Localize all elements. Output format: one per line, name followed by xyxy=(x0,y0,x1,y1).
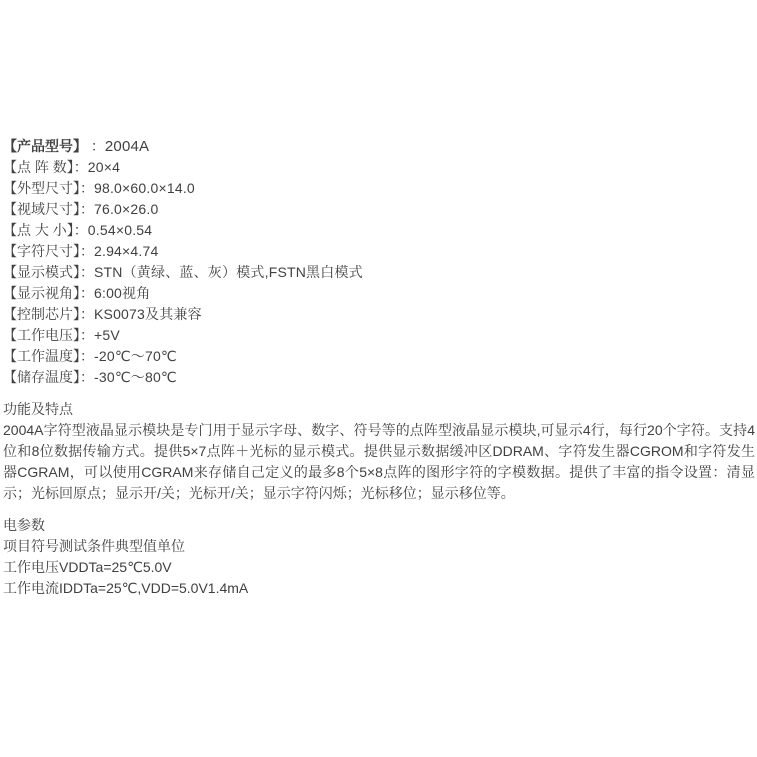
spec-label: 【点 阵 数】 xyxy=(3,159,74,175)
spec-label: 【显示模式】 xyxy=(3,264,80,280)
spec-separator: ： xyxy=(80,327,94,343)
spec-list: 【产品型号】 ：2004A 【点 阵 数】：20×4 【外型尺寸】：98.0×6… xyxy=(3,136,755,388)
spec-value: +5V xyxy=(94,327,120,343)
spec-label: 【点 大 小】 xyxy=(3,222,74,238)
spec-row-controller-chip: 【控制芯片】：KS0073及其兼容 xyxy=(3,304,755,325)
spec-value: 2.94×4.74 xyxy=(94,243,158,259)
spec-label: 【显示视角】 xyxy=(3,285,80,301)
spec-value: -20℃～70℃ xyxy=(94,348,177,364)
spec-separator: ： xyxy=(74,159,88,175)
spec-row-char-size: 【字符尺寸】：2.94×4.74 xyxy=(3,241,755,262)
spec-row-storage-temperature: 【储存温度】：-30℃～80℃ xyxy=(3,367,755,388)
electrical-voltage-line: 工作电压VDDTa=25℃5.0V xyxy=(3,557,755,578)
features-title: 功能及特点 xyxy=(3,399,755,420)
electrical-header-line: 项目符号测试条件典型值单位 xyxy=(3,536,755,557)
spec-row-view-angle: 【显示视角】：6:00视角 xyxy=(3,283,755,304)
spec-label: 【视域尺寸】 xyxy=(3,201,80,217)
spec-label: 【工作温度】 xyxy=(3,348,80,364)
spec-row-working-voltage: 【工作电压】：+5V xyxy=(3,325,755,346)
spec-separator: ： xyxy=(80,285,94,301)
spec-label: 【字符尺寸】 xyxy=(3,243,80,259)
features-section: 功能及特点 2004A字符型液晶显示模块是专门用于显示字母、数字、符号等的点阵型… xyxy=(3,399,755,504)
electrical-section: 电参数 项目符号测试条件典型值单位 工作电压VDDTa=25℃5.0V 工作电流… xyxy=(3,515,755,599)
spec-row-dot-size: 【点 大 小】：0.54×0.54 xyxy=(3,220,755,241)
spec-value: 98.0×60.0×14.0 xyxy=(94,180,195,196)
spec-row-dot-matrix: 【点 阵 数】：20×4 xyxy=(3,157,755,178)
spec-separator: ： xyxy=(80,180,94,196)
spec-separator: ： xyxy=(80,243,94,259)
spec-separator: ： xyxy=(80,306,94,322)
spec-label: 【控制芯片】 xyxy=(3,306,80,322)
spec-value: 76.0×26.0 xyxy=(94,201,158,217)
spec-label: 【外型尺寸】 xyxy=(3,180,80,196)
product-spec-page: 【产品型号】 ：2004A 【点 阵 数】：20×4 【外型尺寸】：98.0×6… xyxy=(0,0,757,757)
spec-label: 【产品型号】 xyxy=(3,138,87,154)
spec-row-view-area: 【视域尺寸】：76.0×26.0 xyxy=(3,199,755,220)
spec-row-product-model: 【产品型号】 ：2004A xyxy=(3,136,755,157)
spec-row-display-mode: 【显示模式】：STN（黄绿、蓝、灰）模式,FSTN黑白模式 xyxy=(3,262,755,283)
spec-label: 【工作电压】 xyxy=(3,327,80,343)
spec-value: -30℃～80℃ xyxy=(94,369,177,385)
spec-value: 0.54×0.54 xyxy=(88,222,152,238)
spec-separator: ： xyxy=(87,138,105,154)
electrical-title: 电参数 xyxy=(3,515,755,536)
spec-row-working-temperature: 【工作温度】：-20℃～70℃ xyxy=(3,346,755,367)
spec-value: STN（黄绿、蓝、灰）模式,FSTN黑白模式 xyxy=(94,264,363,280)
spec-value: KS0073及其兼容 xyxy=(94,306,202,322)
page-content: 【产品型号】 ：2004A 【点 阵 数】：20×4 【外型尺寸】：98.0×6… xyxy=(3,136,755,599)
spec-value: 2004A xyxy=(105,138,149,155)
spec-separator: ： xyxy=(80,348,94,364)
spec-label: 【储存温度】 xyxy=(3,369,80,385)
spec-separator: ： xyxy=(80,201,94,217)
spec-separator: ： xyxy=(80,369,94,385)
spec-value: 6:00视角 xyxy=(94,285,150,301)
spec-separator: ： xyxy=(74,222,88,238)
features-body: 2004A字符型液晶显示模块是专门用于显示字母、数字、符号等的点阵型液晶显示模块… xyxy=(3,420,755,504)
spec-row-outline-size: 【外型尺寸】：98.0×60.0×14.0 xyxy=(3,178,755,199)
spec-separator: ： xyxy=(80,264,94,280)
electrical-current-line: 工作电流IDDTa=25℃,VDD=5.0V1.4mA xyxy=(3,578,755,599)
spec-value: 20×4 xyxy=(88,159,120,175)
